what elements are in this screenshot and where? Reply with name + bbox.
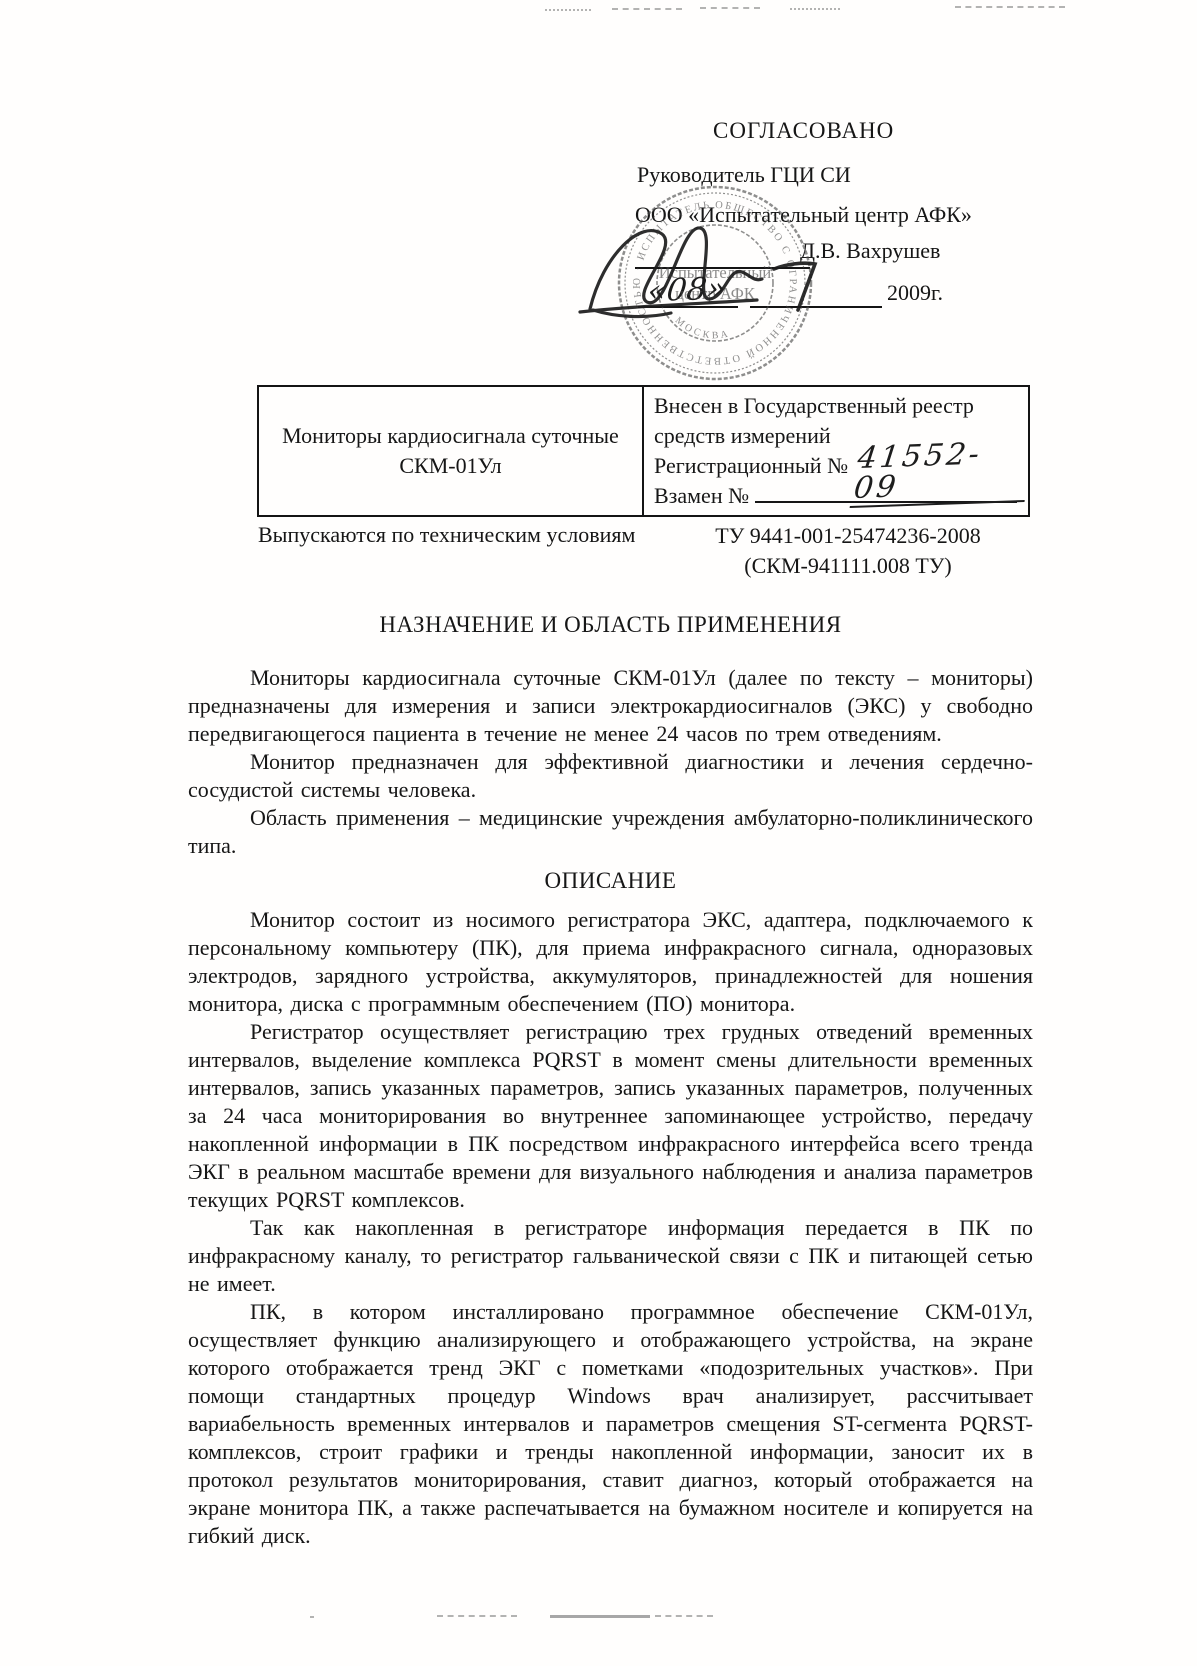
year-label: 2009г. [887,279,943,307]
scan-artifact [545,9,591,11]
scan-artifact [612,8,682,10]
scan-artifact [955,6,1065,8]
approved-label: СОГЛАСОВАНО [713,117,894,144]
scan-artifact [790,8,840,10]
section-heading-description: ОПИСАНИЕ [188,868,1033,894]
paragraph: Монитор предназначен для эффективной диа… [188,748,1033,804]
registry-entry-line1: Внесен в Государственный реестр [654,391,1022,421]
paragraph: Регистратор осуществляет регистрацию тре… [188,1018,1033,1214]
approval-role-line: Руководитель ГЦИ СИ [637,161,851,189]
scan-artifact [655,1615,713,1617]
scan-artifact [550,1615,650,1618]
paragraph: Область применения – медицинские учрежде… [188,804,1033,860]
handwritten-day: «08» [646,271,728,310]
stamp-city: МОСКВА [673,315,732,341]
device-name-line1: Мониторы кардиосигнала суточные [282,421,619,451]
scan-artifact [310,1616,314,1618]
device-name-line2: СКМ-01Ул [399,451,501,481]
device-name-cell: Мониторы кардиосигнала суточные СКМ-01Ул [259,387,644,515]
tu-reference: ТУ 9441-001-25474236-2008 (СКМ-941111.00… [688,521,1008,581]
signer-name: Д.В. Вахрушев [800,237,940,265]
date-line-segment [750,278,882,308]
signature-line [635,240,810,269]
approval-org-line: ООО «Испытательный центр АФК» [635,201,972,229]
scan-artifact [700,7,760,9]
paragraph: Так как накопленная в регистраторе инфор… [188,1214,1033,1298]
tu-issued-label: Выпускаются по техническим условиям [258,521,635,549]
registration-label: Регистрационный № [654,453,848,478]
document-page: СОГЛАСОВАНО Руководитель ГЦИ СИ ООО «Исп… [0,0,1197,1666]
handwritten-registration-number: 41552-09 [850,438,1033,508]
tu-number: ТУ 9441-001-25474236-2008 [688,521,1008,551]
paragraph: ПК, в котором инсталлировано программное… [188,1298,1033,1550]
svg-text:МОСКВА: МОСКВА [673,315,732,341]
paragraph: Мониторы кардиосигнала суточные СКМ-01Ул… [188,664,1033,748]
registry-entry-cell: Внесен в Государственный реестр средств … [644,387,1028,515]
paragraph: Монитор состоит из носимого регистратора… [188,906,1033,1018]
section-heading-purpose: НАЗНАЧЕНИЕ И ОБЛАСТЬ ПРИМЕНЕНИЯ [188,612,1033,638]
registry-table: Мониторы кардиосигнала суточные СКМ-01Ул… [257,385,1030,517]
replaces-label: Взамен № [654,483,749,508]
document-body: НАЗНАЧЕНИЕ И ОБЛАСТЬ ПРИМЕНЕНИЯ Мониторы… [188,612,1033,1550]
tu-code: (СКМ-941111.008 ТУ) [688,551,1008,581]
scan-artifact [437,1615,517,1617]
